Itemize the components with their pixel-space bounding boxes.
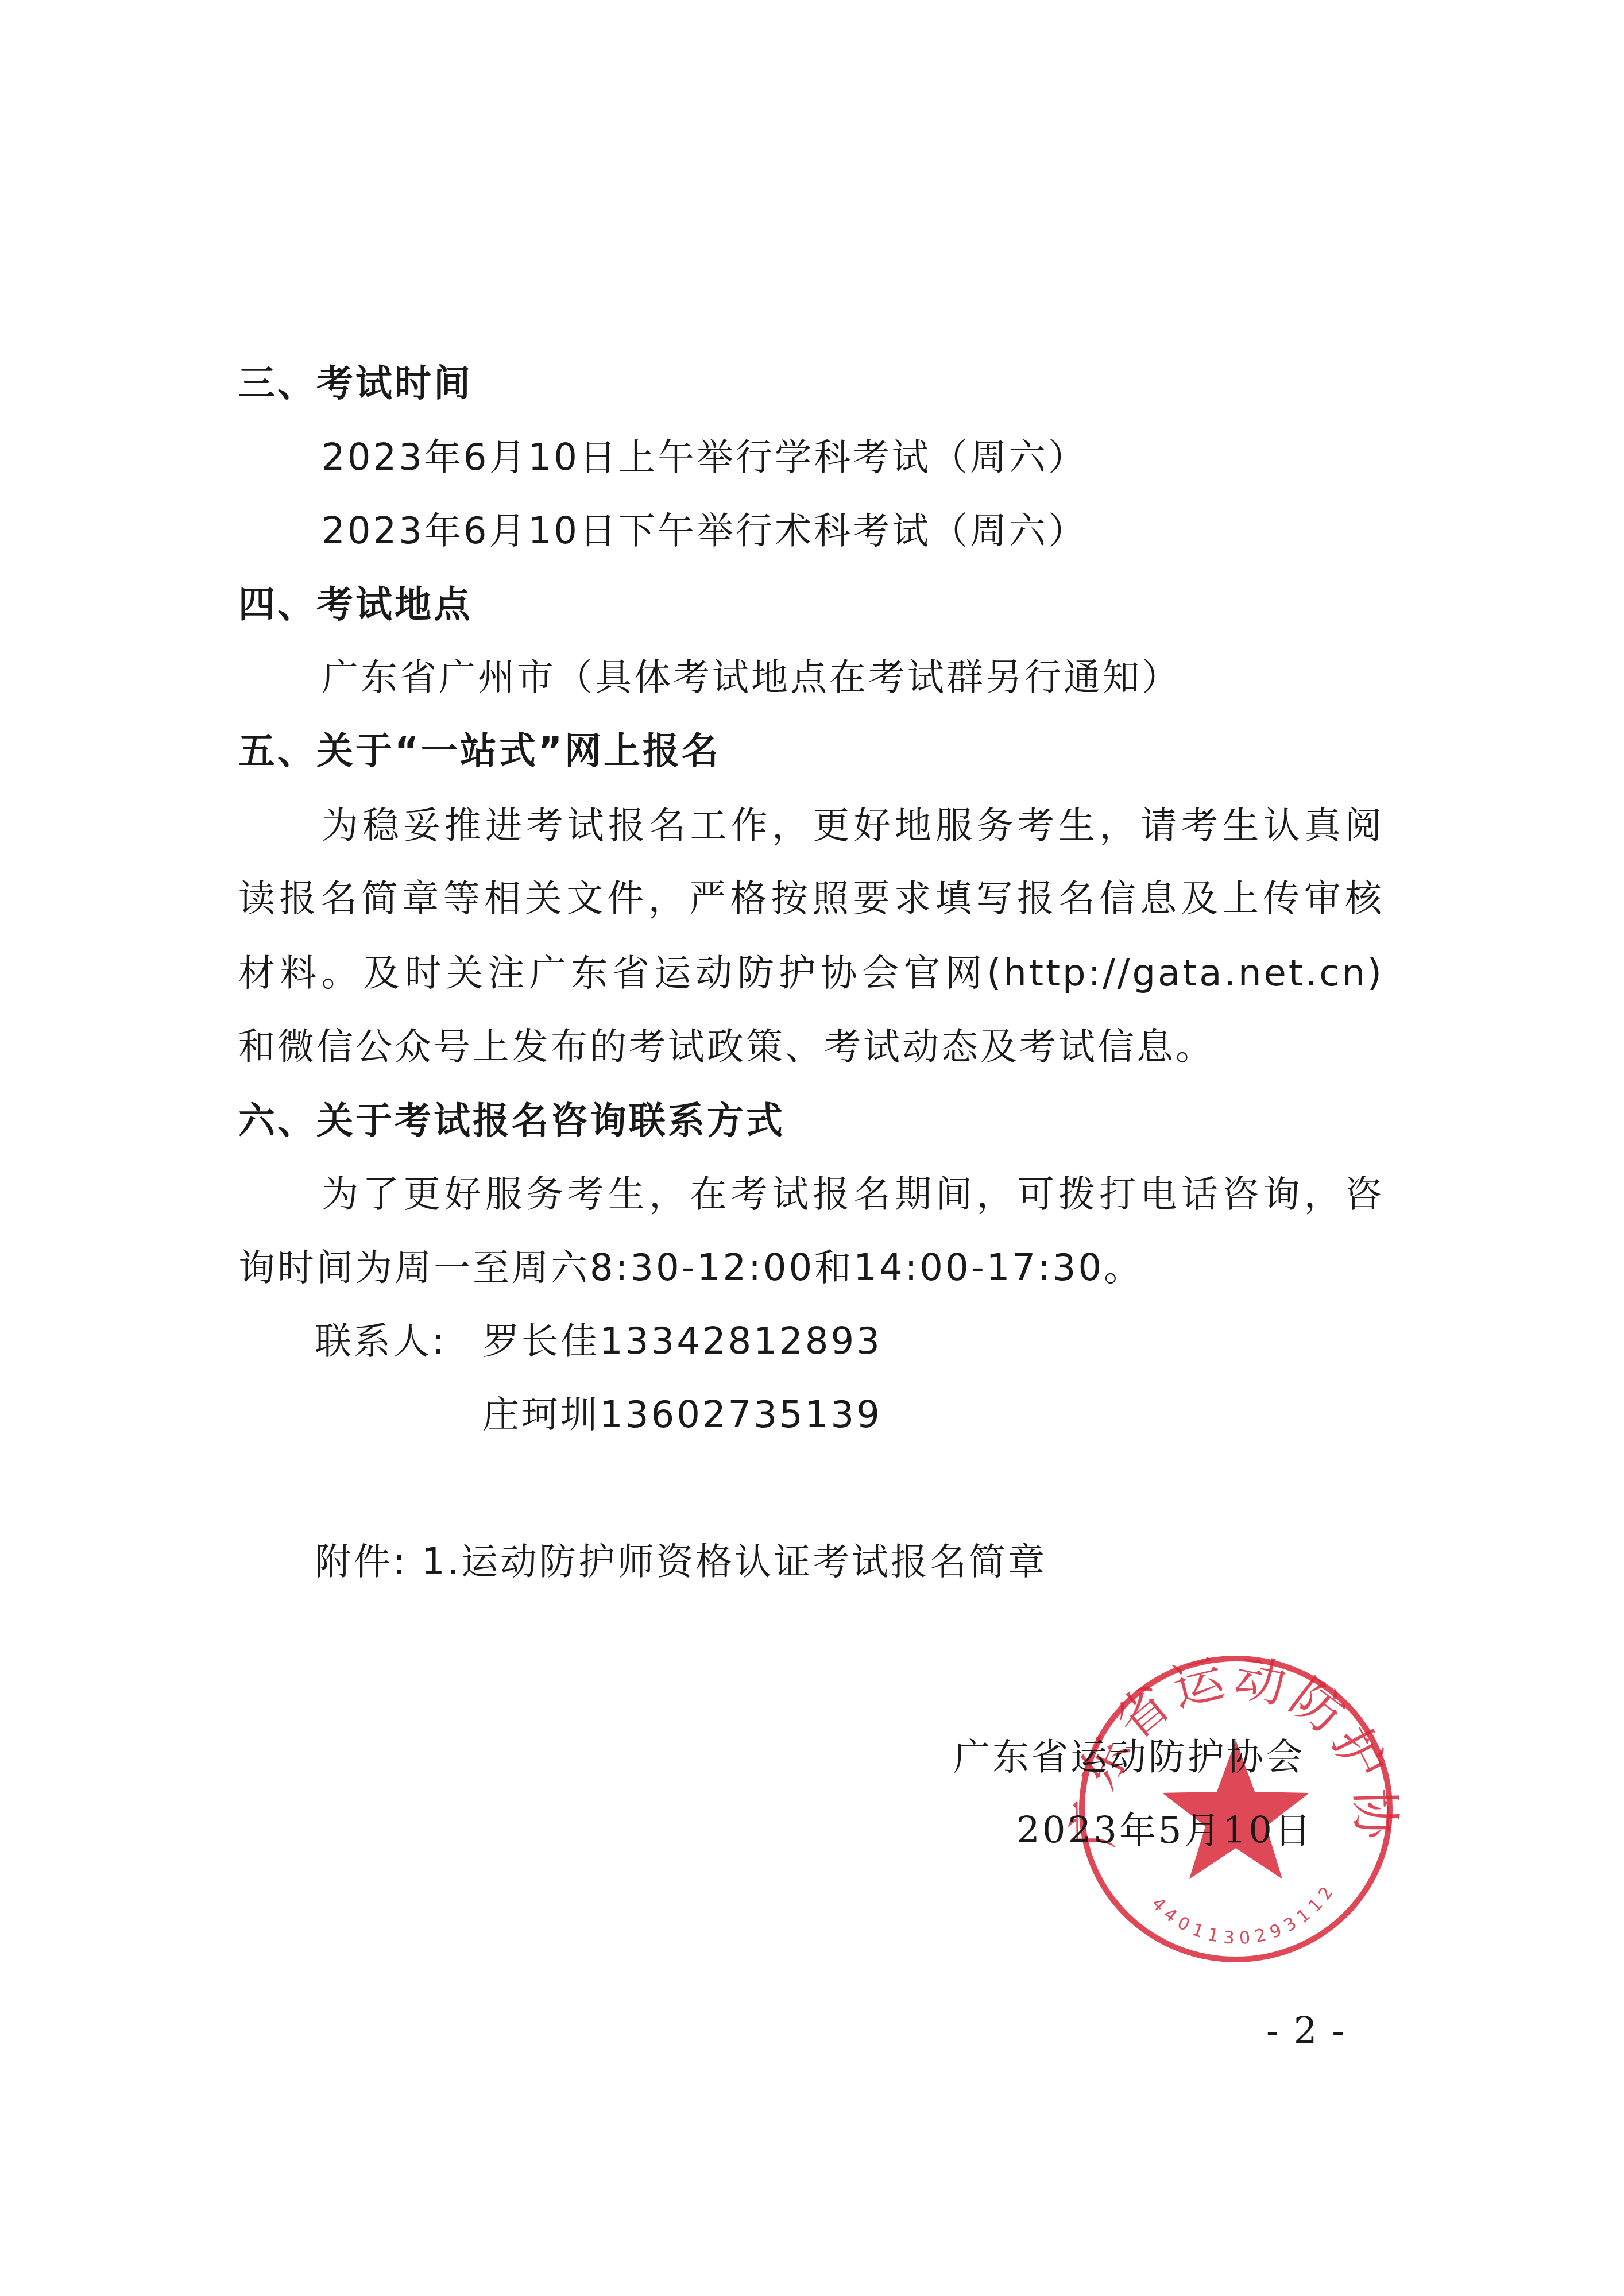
contact-person-1: 罗长佳13342812893 <box>482 1319 882 1365</box>
contact-person-2: 庄珂圳13602735139 <box>482 1392 882 1438</box>
signature-date: 2023年5月10日 <box>1016 1808 1313 1854</box>
exam-time-line: 2023年6月10日下午举行术科考试（周六） <box>322 508 1087 554</box>
section-heading-online-registration: 五、关于“一站式”网上报名 <box>238 728 721 774</box>
exam-location-text: 广东省广州市（具体考试地点在考试群另行通知） <box>322 655 1181 701</box>
contact-label: 联系人: <box>315 1319 447 1365</box>
contact-name: 庄珂圳 <box>482 1394 600 1436</box>
exam-time-line: 2023年6月10日上午举行学科考试（周六） <box>322 435 1087 481</box>
registration-paragraph-line: 和微信公众号上发布的考试政策、考试动态及考试信息。 <box>238 1024 1215 1070</box>
page-number: -2- <box>1266 2010 1359 2053</box>
attachment-line: 附件: 1.运动防护师资格认证考试报名简章 <box>315 1539 1047 1585</box>
registration-paragraph-line: 材料。及时关注广东省运动防护协会官网(http://gata.net.cn) <box>238 950 1384 996</box>
section-heading-contact: 六、关于考试报名咨询联系方式 <box>238 1098 785 1144</box>
contact-paragraph-line: 为了更好服务考生，在考试报名期间，可拨打电话咨询，咨 <box>322 1172 1384 1217</box>
section-heading-exam-time: 三、考试时间 <box>238 361 473 407</box>
signature-organization: 广东省运动防护协会 <box>953 1734 1305 1780</box>
contact-name: 罗长佳 <box>482 1320 600 1363</box>
contact-phone: 13602735139 <box>600 1394 882 1436</box>
contact-phone: 13342812893 <box>600 1320 882 1363</box>
registration-paragraph-line: 为稳妥推进考试报名工作，更好地服务考生，请考生认真阅 <box>322 803 1384 849</box>
section-heading-exam-location: 四、考试地点 <box>238 582 473 628</box>
registration-paragraph-line: 读报名简章等相关文件，严格按照要求填写报名信息及上传审核 <box>238 876 1384 922</box>
contact-paragraph-line: 询时间为周一至周六8:30-12:00和14:00-17:30。 <box>238 1245 1143 1291</box>
